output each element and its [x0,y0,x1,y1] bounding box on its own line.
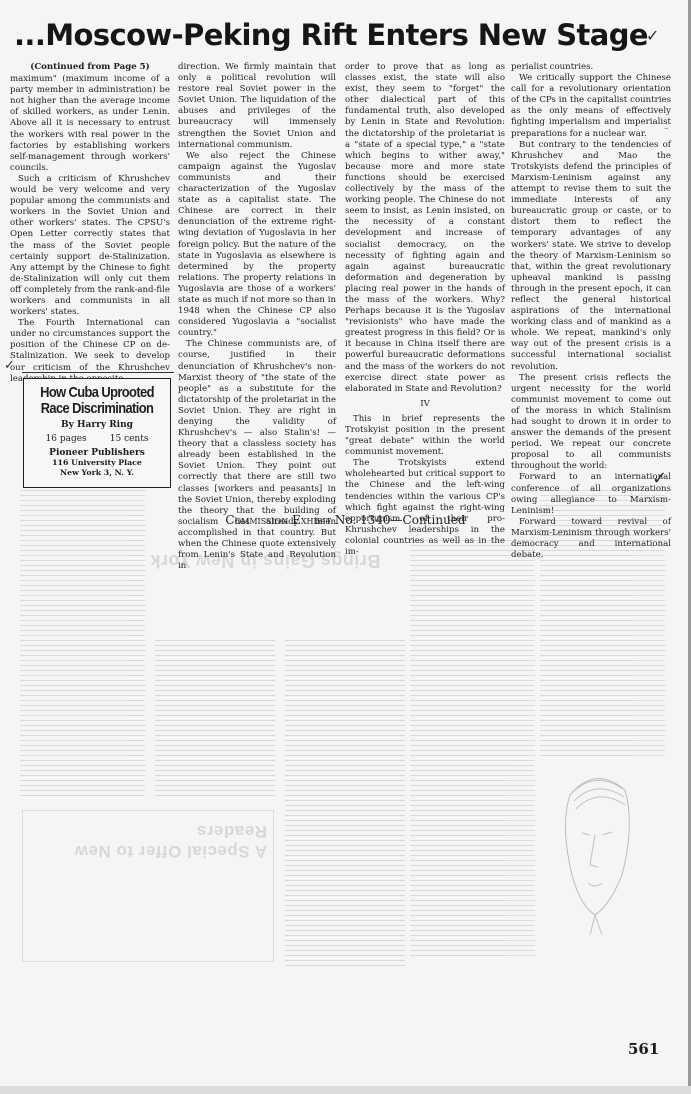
section-heading: IV [345,399,505,410]
bleed-text-block [410,540,535,960]
caricature-drawing [550,765,640,935]
divider [22,372,174,373]
page-edge [0,1086,691,1094]
document-page: ...Moscow-Peking Rift Enters New Stage ✓… [0,0,691,1094]
paragraph: We also reject the Chinese campaign agai… [178,151,336,340]
paragraph: order to prove that as long as classes e… [345,62,505,395]
bleed-text-block [155,640,275,800]
paragraph: maximum" (maximum income of a party memb… [10,74,170,174]
ad-details: 16 pages 15 cents [24,434,170,444]
bleed-text-block [20,490,145,800]
ad-pages: 16 pages [46,434,87,444]
paragraph: The Fourth International can under no ci… [10,318,170,385]
checkmark-icon: ✓ [652,468,667,489]
ad-publisher: Pioneer Publishers [24,448,170,458]
continued-from-note: (Continued from Page 5) [10,62,170,73]
bleed-text-block [285,640,405,970]
ad-address-line-2: New York 3, N. Y. [24,468,170,478]
book-advertisement: How Cuba Uprooted Race Discrimination By… [23,378,171,488]
bleed-heading: Brings Gains in New York [150,550,380,571]
checkmark-icon: ✓ [4,358,15,373]
bleed-box: A Special Offer to New Readers [22,810,274,962]
paragraph: perialist countries. [511,62,671,73]
article-column-3: order to prove that as long as classes e… [345,62,505,558]
checkmark-icon: ✓ [646,26,659,45]
ad-title: How Cuba Uprooted Race Discrimination [34,385,160,417]
ad-address-line-1: 116 University Place [24,458,170,468]
article-headline: ...Moscow-Peking Rift Enters New Stage [14,18,674,52]
ad-byline: By Harry Ring [24,420,170,430]
article-column-4: perialist countries. We critically suppo… [511,62,671,561]
paragraph: direction. We firmly maintain that only … [178,62,336,151]
paragraph: Such a criticism of Khrushchev would be … [10,174,170,318]
bleed-text-block [540,490,665,760]
ad-price: 15 cents [110,434,149,444]
paragraph: The present crisis reflects the urgent n… [511,373,671,473]
paragraph: We critically support the Chinese call f… [511,73,671,140]
margin-mark: – [664,124,669,134]
paragraph: This in brief represents the Trotskyist … [345,414,505,458]
article-column-1: (Continued from Page 5) maximum" (maximu… [10,62,170,385]
page-number: 561 [628,1040,659,1058]
paragraph: But contrary to the tendencies of Khrush… [511,140,671,373]
